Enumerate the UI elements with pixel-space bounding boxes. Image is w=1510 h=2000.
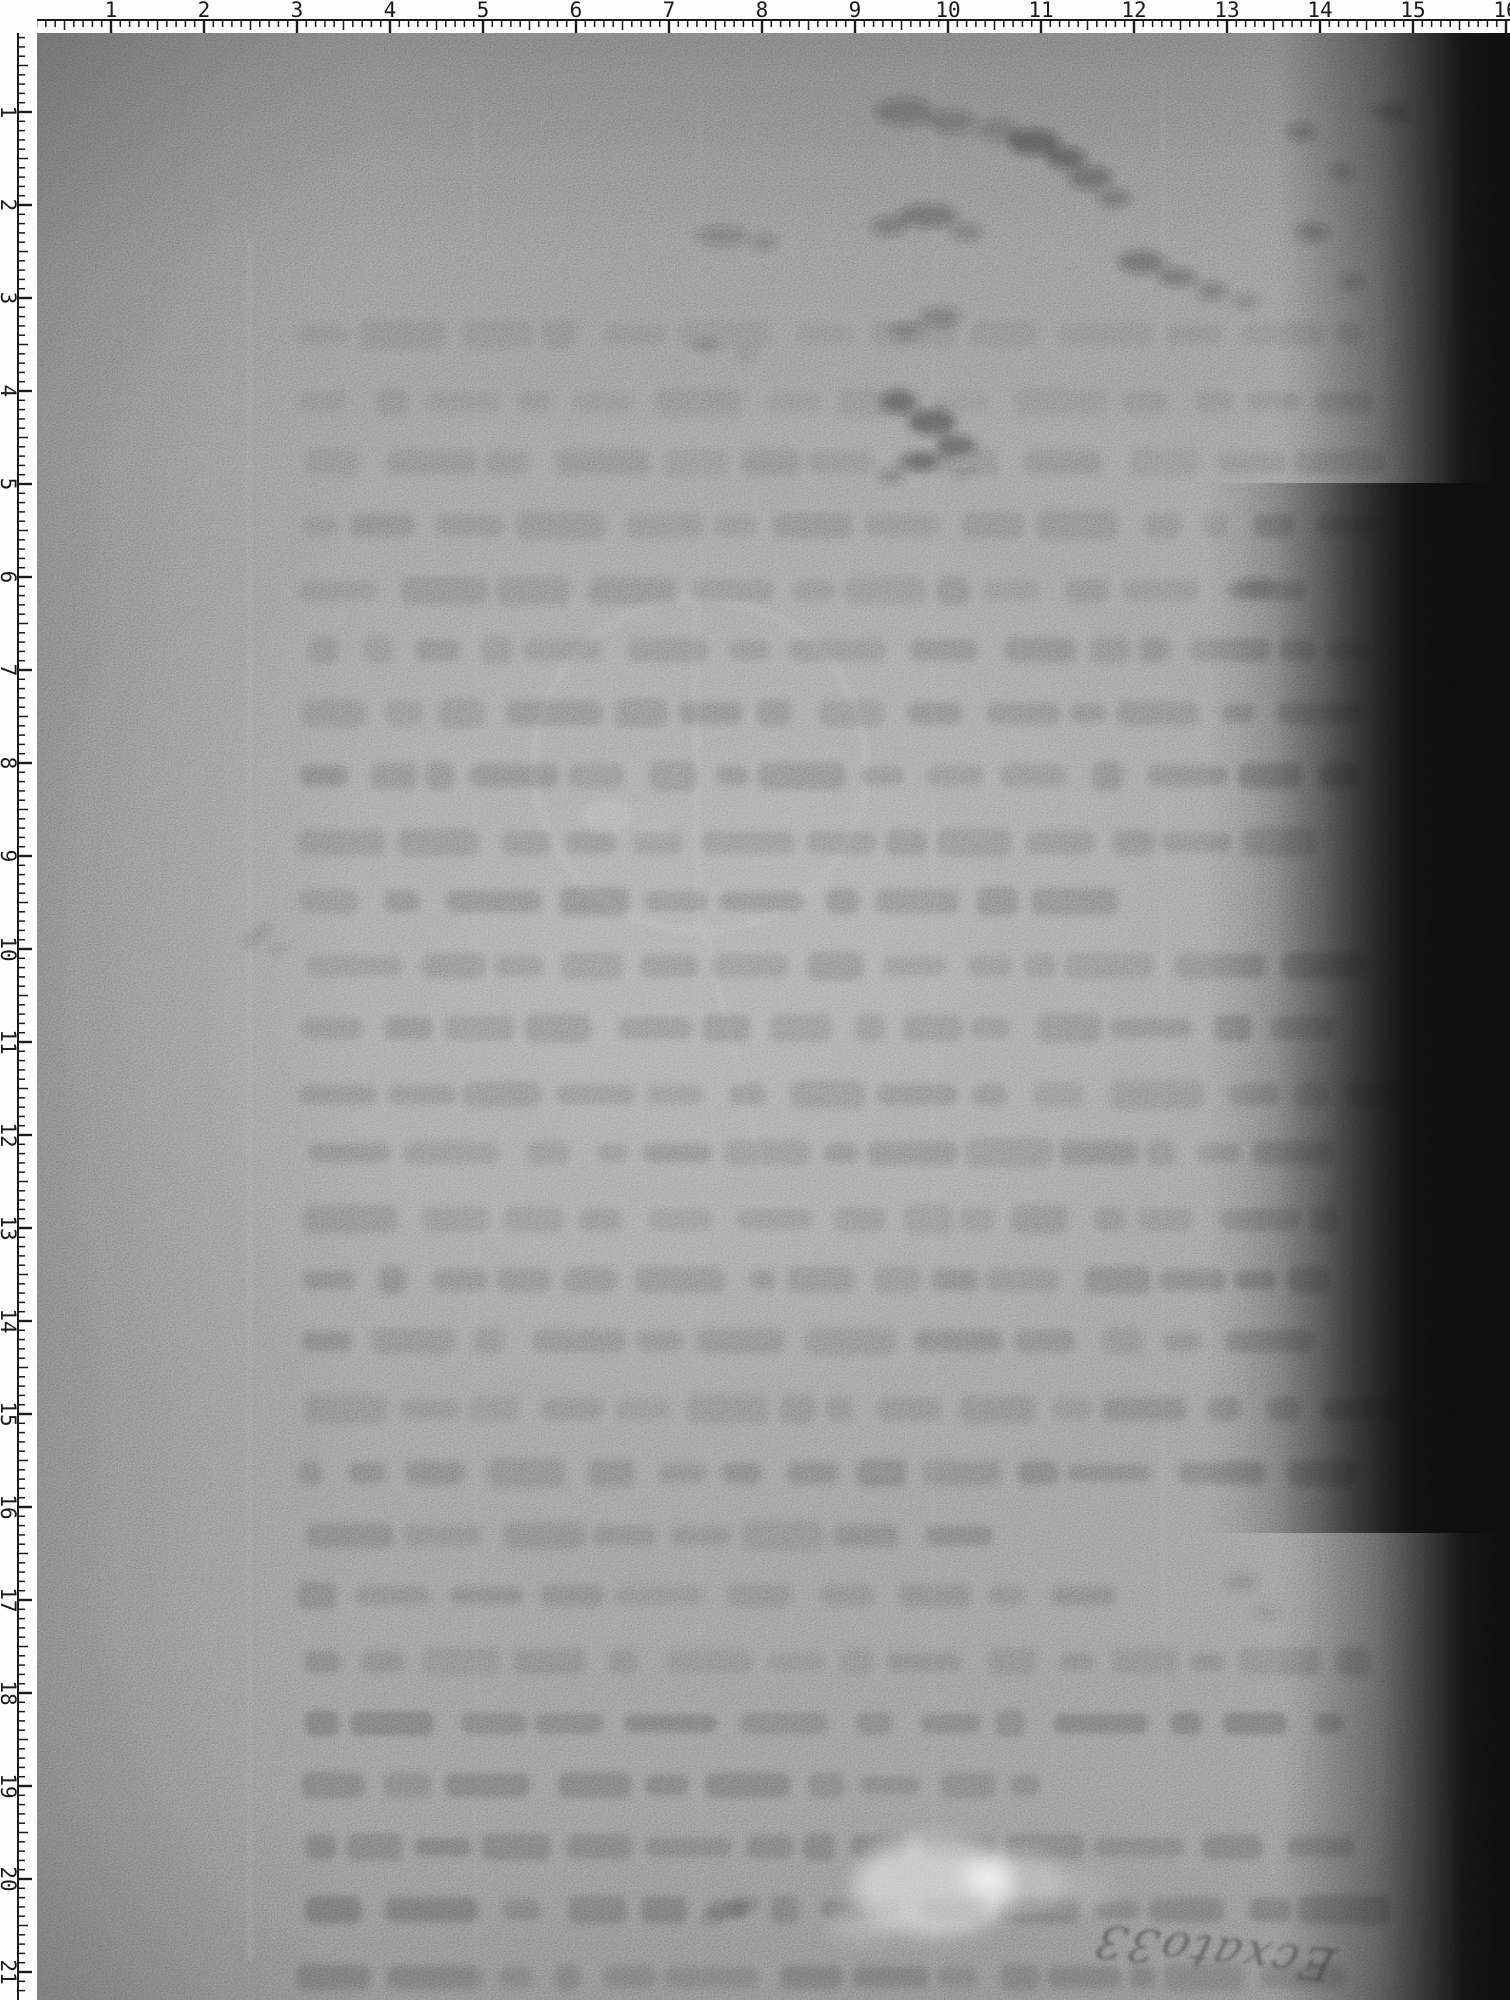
left-ruler-label: 14	[0, 1308, 20, 1333]
ink-blotches	[241, 98, 1410, 1925]
inverted-inscription: Ecxato33	[1087, 1914, 1343, 1992]
top-ruler-label: 6	[570, 0, 583, 22]
left-ruler-label: 2	[0, 199, 20, 212]
faint-handwriting-lines	[296, 320, 1416, 1991]
top-ruler-label: 10	[935, 0, 960, 22]
left-ruler-label: 12	[0, 1122, 20, 1147]
top-ruler-label: 12	[1121, 0, 1146, 22]
left-ruler-label: 20	[0, 1866, 20, 1891]
top-ruler-label: 4	[384, 0, 397, 22]
top-ruler-label: 9	[849, 0, 862, 22]
left-ruler-label: 19	[0, 1773, 20, 1798]
left-ruler-label: 17	[0, 1587, 20, 1612]
left-ruler-cm: 123456789101112131415161718192021	[0, 0, 37, 2000]
left-ruler-label: 10	[0, 936, 20, 961]
left-ruler-label: 4	[0, 385, 20, 398]
top-ruler-label: 2	[198, 0, 211, 22]
top-ruler-label: 13	[1214, 0, 1239, 22]
top-ruler-cm: 012345678910111213141516	[0, 0, 1510, 33]
top-ruler-label: 16	[1493, 0, 1510, 22]
left-ruler-label: 21	[0, 1959, 20, 1984]
top-ruler-label: 7	[663, 0, 676, 22]
left-ruler-label: 18	[0, 1680, 20, 1705]
left-ruler-label: 11	[0, 1029, 20, 1054]
manuscript-photo: Ecxato33	[37, 33, 1510, 2000]
scan-viewport: Ecxato33 012345678910111213141516 123456…	[0, 0, 1510, 2000]
top-ruler-label: 3	[291, 0, 304, 22]
left-ruler-label: 5	[0, 478, 20, 491]
top-ruler-label: 14	[1307, 0, 1332, 22]
left-ruler-label: 1	[0, 106, 20, 119]
left-ruler-label: 16	[0, 1494, 20, 1519]
top-ruler-label: 1	[105, 0, 118, 22]
left-ruler-label: 6	[0, 571, 20, 584]
top-ruler-label: 11	[1028, 0, 1053, 22]
left-ruler-label: 3	[0, 292, 20, 305]
left-ruler-label: 9	[0, 850, 20, 863]
top-ruler-label: 8	[756, 0, 769, 22]
inscription-text: Ecxato33	[1087, 1914, 1343, 1992]
left-ruler-label: 13	[0, 1215, 20, 1240]
top-ruler-label: 15	[1400, 0, 1425, 22]
manuscript-artwork-layer: Ecxato33	[37, 33, 1510, 2000]
left-ruler-label: 8	[0, 757, 20, 770]
left-ruler-label: 15	[0, 1401, 20, 1426]
left-ruler-label: 7	[0, 664, 20, 677]
top-ruler-label: 5	[477, 0, 490, 22]
ruler-corner-block	[0, 0, 37, 33]
